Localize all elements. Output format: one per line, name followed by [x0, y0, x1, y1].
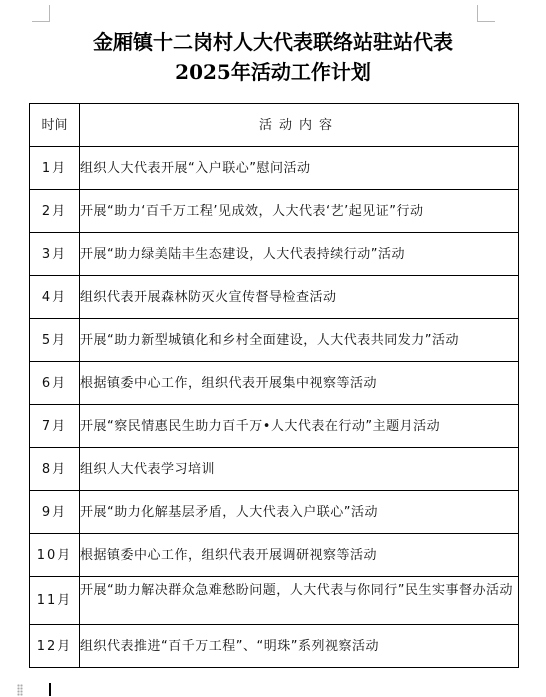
- row-month: 10月: [30, 534, 80, 577]
- table-row: 7月 开展“察民情惠民生助力百千万•人大代表在行动”主题月活动: [30, 405, 519, 448]
- row-month: 7月: [30, 405, 80, 448]
- row-month: 11月: [30, 577, 80, 625]
- drag-handle-icon[interactable]: [17, 684, 23, 696]
- row-content: 开展“助力绿美陆丰生态建设，人大代表持续行动”活动: [80, 233, 519, 276]
- row-content: 组织人大代表开展“入户联心”慰问活动: [80, 147, 519, 190]
- row-content: 根据镇委中心工作，组织代表开展集中视察等活动: [80, 362, 519, 405]
- table-row: 1月 组织人大代表开展“入户联心”慰问活动: [30, 147, 519, 190]
- row-content: 组织代表推进“百千万工程”、“明珠”系列视察活动: [80, 625, 519, 668]
- row-content: 开展“助力解决群众急难愁盼问题，人大代表与你同行”民生实事督办活动: [80, 577, 519, 625]
- row-content: 开展“助力化解基层矛盾，人大代表入户联心”活动: [80, 491, 519, 534]
- table-row: 11月 开展“助力解决群众急难愁盼问题，人大代表与你同行”民生实事督办活动: [30, 577, 519, 625]
- table-row: 3月 开展“助力绿美陆丰生态建设，人大代表持续行动”活动: [30, 233, 519, 276]
- header-month: 时间: [30, 104, 80, 147]
- activity-plan-table: 时间 活动内容 1月 组织人大代表开展“入户联心”慰问活动 2月 开展“助力‘百…: [29, 103, 519, 668]
- row-content: 开展“助力‘百千万工程’见成效，人大代表‘艺’起见证”行动: [80, 190, 519, 233]
- table-row: 12月 组织代表推进“百千万工程”、“明珠”系列视察活动: [30, 625, 519, 668]
- row-content: 组织代表开展森林防灭火宣传督导检查活动: [80, 276, 519, 319]
- text-cursor: [49, 683, 51, 696]
- table-row: 4月 组织代表开展森林防灭火宣传督导检查活动: [30, 276, 519, 319]
- row-month: 4月: [30, 276, 80, 319]
- row-content: 开展“助力新型城镇化和乡村全面建设，人大代表共同发力”活动: [80, 319, 519, 362]
- row-month: 5月: [30, 319, 80, 362]
- row-content: 开展“察民情惠民生助力百千万•人大代表在行动”主题月活动: [80, 405, 519, 448]
- page-corner-mark-right: [477, 5, 495, 22]
- row-month: 9月: [30, 491, 80, 534]
- row-month: 3月: [30, 233, 80, 276]
- table-header-row: 时间 活动内容: [30, 104, 519, 147]
- table-row: 8月 组织人大代表学习培训: [30, 448, 519, 491]
- table-row: 10月 根据镇委中心工作，组织代表开展调研视察等活动: [30, 534, 519, 577]
- document-title-line1: 金厢镇十二岗村人大代表联络站驻站代表: [0, 26, 546, 55]
- header-content: 活动内容: [80, 104, 519, 147]
- row-content: 根据镇委中心工作，组织代表开展调研视察等活动: [80, 534, 519, 577]
- row-month: 12月: [30, 625, 80, 668]
- row-content: 组织人大代表学习培训: [80, 448, 519, 491]
- row-month: 1月: [30, 147, 80, 190]
- row-month: 2月: [30, 190, 80, 233]
- table-row: 9月 开展“助力化解基层矛盾，人大代表入户联心”活动: [30, 491, 519, 534]
- table-row: 6月 根据镇委中心工作，组织代表开展集中视察等活动: [30, 362, 519, 405]
- page-corner-mark-left: [32, 5, 50, 22]
- row-month: 8月: [30, 448, 80, 491]
- row-month: 6月: [30, 362, 80, 405]
- table-row: 5月 开展“助力新型城镇化和乡村全面建设，人大代表共同发力”活动: [30, 319, 519, 362]
- document-title-line2: 2025年活动工作计划: [0, 56, 546, 85]
- table-row: 2月 开展“助力‘百千万工程’见成效，人大代表‘艺’起见证”行动: [30, 190, 519, 233]
